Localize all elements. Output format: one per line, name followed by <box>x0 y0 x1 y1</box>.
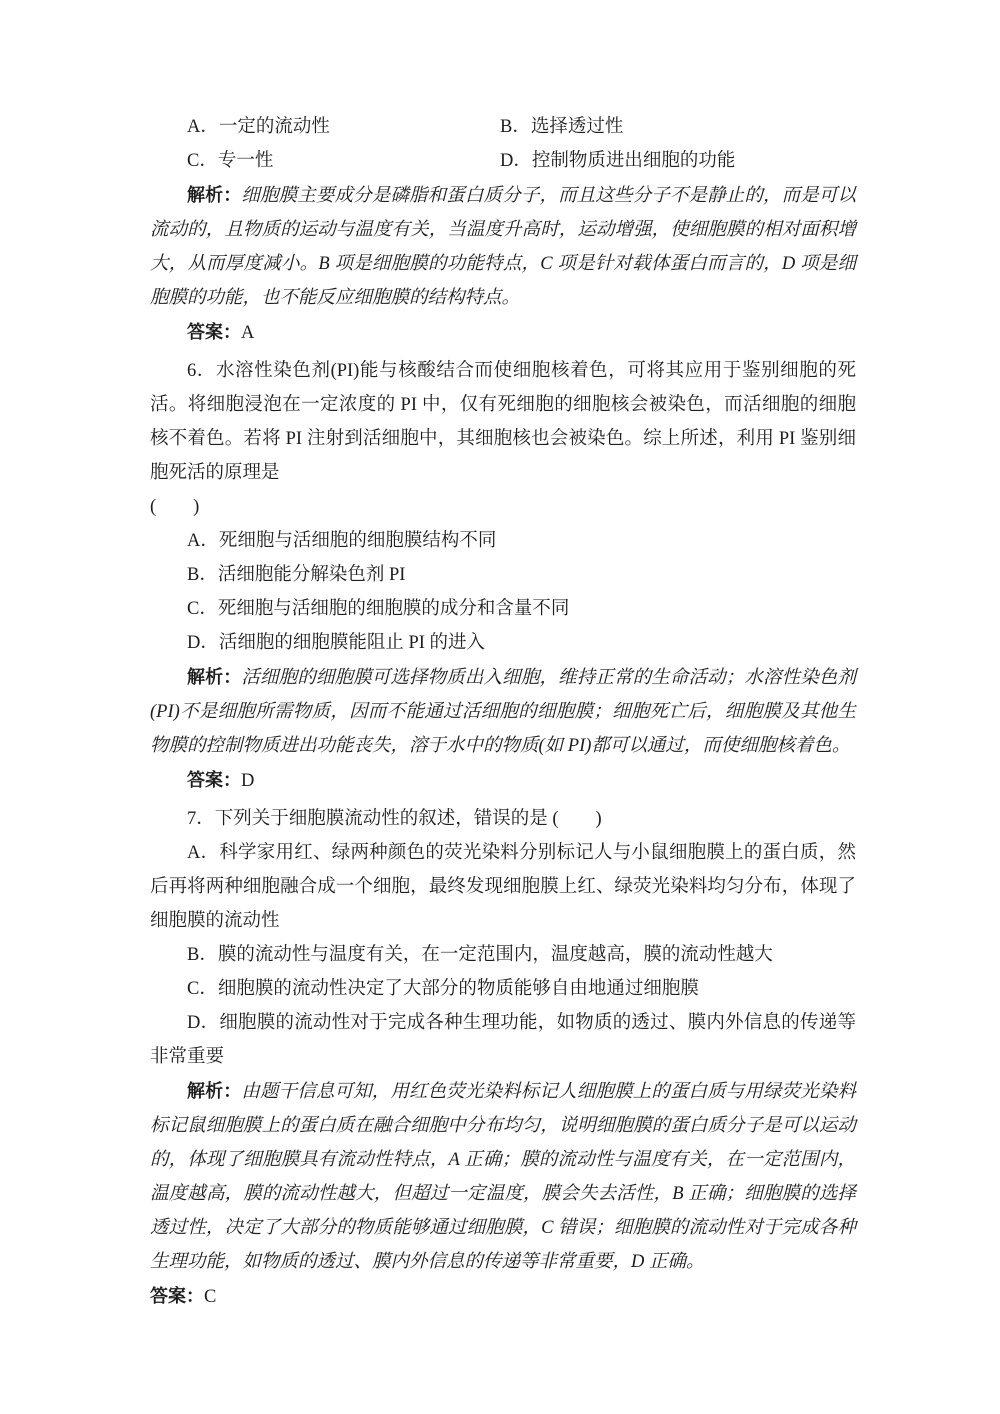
exam-page: A．一定的流动性 B．选择透过性 C．专一性 D．控制物质进出细胞的功能 解析：… <box>0 0 1000 1414</box>
q6-answer-blank: ( ) <box>150 490 856 524</box>
q6-option-c: C．死细胞与活细胞的细胞膜的成分和含量不同 <box>150 592 856 626</box>
q5-analysis-text: 细胞膜主要成分是磷脂和蛋白质分子，而且这些分子不是静止的，而是可以流动的，且物质… <box>150 186 856 308</box>
q5-answer-value: A <box>241 323 254 343</box>
q7-answer: 答案：C <box>150 1279 856 1314</box>
q7-answer-value: C <box>204 1287 216 1307</box>
q6-answer: 答案：D <box>150 763 856 798</box>
question-7-block: 7．下列关于细胞膜流动性的叙述，错误的是 ( ) A．科学家用红、绿两种颜色的荧… <box>150 802 856 1314</box>
q6-stem: 6．水溶性染色剂(PI)能与核酸结合而使细胞核着色，可将其应用于鉴别细胞的死活。… <box>150 354 856 490</box>
q6-option-b: B．活细胞能分解染色剂 PI <box>150 558 856 592</box>
q5-option-d: D．控制物质进出细胞的功能 <box>500 144 856 178</box>
q7-option-b: B．膜的流动性与温度有关，在一定范围内，温度越高，膜的流动性越大 <box>150 938 856 972</box>
q5-analysis-label: 解析： <box>187 185 241 205</box>
q5-option-c: C．专一性 <box>150 144 500 178</box>
q7-analysis: 解析：由题干信息可知，用红色荧光染料标记人细胞膜上的蛋白质与用绿荧光染料标记鼠细… <box>150 1074 856 1279</box>
q7-option-c: C．细胞膜的流动性决定了大部分的物质能够自由地通过细胞膜 <box>150 972 856 1006</box>
q6-option-d: D．活细胞的细胞膜能阻止 PI 的进入 <box>150 626 856 660</box>
q7-stem: 7．下列关于细胞膜流动性的叙述，错误的是 ( ) <box>150 802 856 836</box>
q5-answer-label: 答案： <box>187 322 241 342</box>
exam-content: A．一定的流动性 B．选择透过性 C．专一性 D．控制物质进出细胞的功能 解析：… <box>150 110 856 1314</box>
question-6-block: 6．水溶性染色剂(PI)能与核酸结合而使细胞核着色，可将其应用于鉴别细胞的死活。… <box>150 354 856 798</box>
q7-analysis-label: 解析： <box>187 1081 241 1101</box>
q6-answer-value: D <box>241 771 254 791</box>
q5-option-b: B．选择透过性 <box>500 110 856 144</box>
q5-options-row-2: C．专一性 D．控制物质进出细胞的功能 <box>150 144 856 178</box>
q7-answer-label: 答案： <box>150 1286 204 1306</box>
q6-option-a: A．死细胞与活细胞的细胞膜结构不同 <box>150 524 856 558</box>
q6-analysis: 解析：活细胞的细胞膜可选择物质出入细胞，维持正常的生命活动；水溶性染色剂(PI)… <box>150 660 856 763</box>
q7-option-d: D．细胞膜的流动性对于完成各种生理功能，如物质的透过、膜内外信息的传递等非常重要 <box>150 1006 856 1074</box>
q7-analysis-text: 由题干信息可知，用红色荧光染料标记人细胞膜上的蛋白质与用绿荧光染料标记鼠细胞膜上… <box>150 1082 856 1272</box>
q6-answer-label: 答案： <box>187 770 241 790</box>
q5-answer: 答案：A <box>150 315 856 350</box>
q5-analysis: 解析：细胞膜主要成分是磷脂和蛋白质分子，而且这些分子不是静止的，而是可以流动的，… <box>150 178 856 315</box>
q6-analysis-label: 解析： <box>187 667 241 687</box>
q5-option-a: A．一定的流动性 <box>150 110 500 144</box>
question-5-block: A．一定的流动性 B．选择透过性 C．专一性 D．控制物质进出细胞的功能 解析：… <box>150 110 856 350</box>
q7-option-a: A．科学家用红、绿两种颜色的荧光染料分别标记人与小鼠细胞膜上的蛋白质，然后再将两… <box>150 836 856 938</box>
q5-options-row-1: A．一定的流动性 B．选择透过性 <box>150 110 856 144</box>
q6-analysis-text: 活细胞的细胞膜可选择物质出入细胞，维持正常的生命活动；水溶性染色剂(PI)不是细… <box>150 668 856 756</box>
